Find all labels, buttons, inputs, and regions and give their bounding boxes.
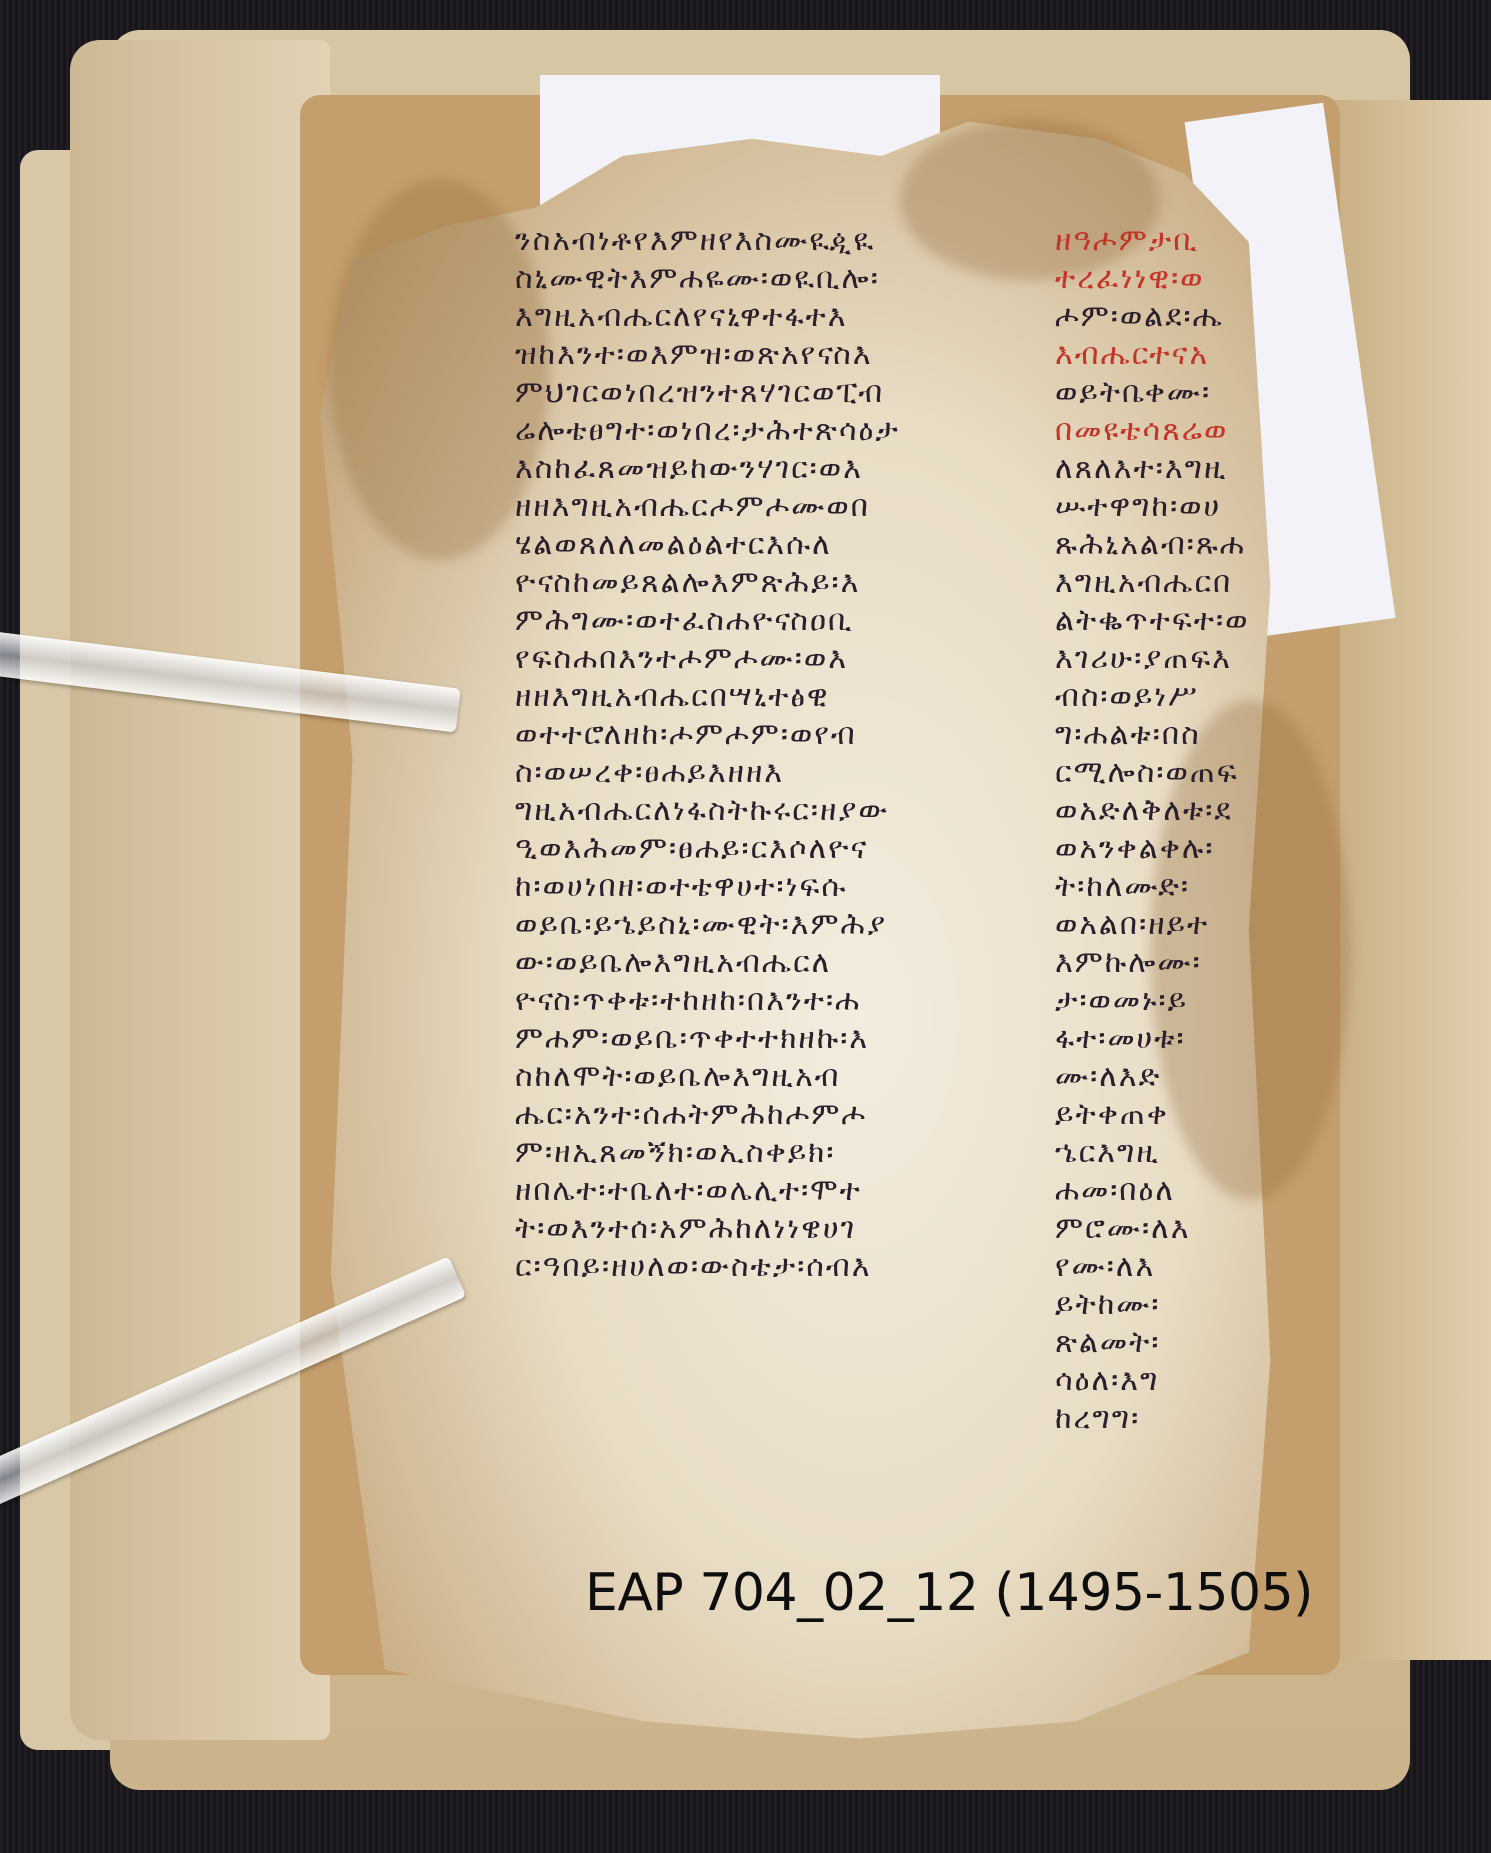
manuscript-line: ም፡ዘኢጸመኝክ፡ወኢስቀይክ፡ [515, 1134, 1015, 1172]
left-text-column: ንስአብነቶየእምዘየእስሙዪዺዪስኒሙዊትእምሐዬሙ፡ወዪቢሎ፡እግዚአብሔር… [515, 222, 1015, 1286]
manuscript-line: የፍስሐበእንተሖምሖሙ፡ወእ [515, 640, 1015, 678]
manuscript-line: ዝከእንተ፡ወእምዝ፡ወጽአየናስእ [515, 336, 1015, 374]
manuscript-line: እስከፈጸመዝይከውንሃገር፡ወእ [515, 450, 1015, 488]
manuscript-line: ወይቤ፡ይኄይስኒ፡ሙዊት፡እምሕያ [515, 906, 1015, 944]
manuscript-line: ይትከሙ፡ [1055, 1286, 1365, 1324]
manuscript-line: ወተተሮለዘከ፡ሖምሖም፡ወየብ [515, 716, 1015, 754]
manuscript-line: ጹሕኒአልብ፡ጹሐ [1055, 526, 1365, 564]
manuscript-line: ሔር፡አንተ፡ሰሐትምሕከሖምሖ [515, 1096, 1015, 1134]
manuscript-line: ት፡ወእንተሰ፡አምሕከለነነዌሀገ [515, 1210, 1015, 1248]
manuscript-line: ስ፡ወሠረቀ፡ፀሐይእዘዘእ [515, 754, 1015, 792]
manuscript-line: ዘበሌተ፡ተቤለተ፡ወሌሊተ፡ሞተ [515, 1172, 1015, 1210]
manuscript-line: ግዚአብሔርለነፋስትኩሩር፡ዘያው [515, 792, 1015, 830]
manuscript-line: እግዚአብሔርበ [1055, 564, 1365, 602]
manuscript-line: ብስ፡ወይነሥ [1055, 678, 1365, 716]
right-text-column: ዘዓሖምታቢተረፈነነዊ፡ወሖም፡ወልደ፡ሔእብሔርተናአወይትቤቀሙ፡በመዩቴ… [1055, 222, 1365, 1438]
manuscript-line: እምኩሎሙ፡ [1055, 944, 1365, 982]
manuscript-line: ሐመ፡በዕለ [1055, 1172, 1365, 1210]
manuscript-line: ስኒሙዊትእምሐዬሙ፡ወዪቢሎ፡ [515, 260, 1015, 298]
manuscript-line: ዘዓሖምታቢ [1055, 222, 1365, 260]
manuscript-line: ምህገርወነበረዝንተጸሃገርወፒብ [515, 374, 1015, 412]
manuscript-line: የሙ፡ለእ [1055, 1248, 1365, 1286]
manuscript-line: ሖም፡ወልደ፡ሔ [1055, 298, 1365, 336]
manuscript-line: ሙ፡ለእድ [1055, 1058, 1365, 1096]
manuscript-line: ግ፡ሐልቱ፡በስ [1055, 716, 1365, 754]
manuscript-line: በመዩቴሳጸሬወ [1055, 412, 1365, 450]
manuscript-line: ዘዘእግዚአብሔርበሣኒተፅዊ [515, 678, 1015, 716]
manuscript-line: ልትቈጥተፍተ፡ወ [1055, 602, 1365, 640]
manuscript-line: ፋተ፡መሀቱ፡ [1055, 1020, 1365, 1058]
manuscript-line: ጽልመት፡ [1055, 1324, 1365, 1362]
manuscript-line: ው፡ወይቤሎእግዚአብሔርለ [515, 944, 1015, 982]
manuscript-line: ወአድለቅለቱ፡ደ [1055, 792, 1365, 830]
manuscript-line: ዒወእሕመም፡ፀሐይ፡ርእሶለዮና [515, 830, 1015, 868]
manuscript-line: ኄርእግዚ [1055, 1134, 1365, 1172]
manuscript-line: ስከለሞት፡ወይቤሎእግዚአብ [515, 1058, 1015, 1096]
manuscript-line: ወአንቀልቀሉ፡ [1055, 830, 1365, 868]
image-caption: EAP 704_02_12 (1495-1505) [585, 1563, 1313, 1623]
manuscript-line: ንስአብነቶየእምዘየእስሙዪዺዪ [515, 222, 1015, 260]
manuscript-line: ከረግግ፡ [1055, 1400, 1365, 1438]
manuscript-line: ምሐም፡ወይቤ፡ጥቀተተክዘኩ፡እ [515, 1020, 1015, 1058]
manuscript-line: ምሕግሙ፡ወተፈስሐዮናስዐቢ [515, 602, 1015, 640]
manuscript-line: ት፡ከለሙድ፡ [1055, 868, 1365, 906]
manuscript-line: እብሔርተናአ [1055, 336, 1365, 374]
manuscript-line: ወይትቤቀሙ፡ [1055, 374, 1365, 412]
manuscript-line: ሄልወጸለለመልዕልተርእሱለ [515, 526, 1015, 564]
manuscript-line: ይትቀጠቀ [1055, 1096, 1365, 1134]
manuscript-line: ዮናስከመይጸልሎእምጽሕይ፡እ [515, 564, 1015, 602]
manuscript-line: ሡተዋግከ፡ወሀ [1055, 488, 1365, 526]
manuscript-line: ር፡ዓበይ፡ዘሀለወ፡ውስቴታ፡ሰብእ [515, 1248, 1015, 1286]
manuscript-line: እገሪሁ፡ያጠፍእ [1055, 640, 1365, 678]
manuscript-line: ለጸለእተ፡እግዚ [1055, 450, 1365, 488]
manuscript-line: ርሚሎስ፡ወጠፍ [1055, 754, 1365, 792]
manuscript-line: ከ፡ወሀነበዘ፡ወተቴዋሀተ፡ነፍሱ [515, 868, 1015, 906]
manuscript-line: ታ፡ወመኑ፡ይ [1055, 982, 1365, 1020]
manuscript-line: ወአልበ፡ዘይተ [1055, 906, 1365, 944]
manuscript-line: እግዚአብሔርለየናኒዋተፋተእ [515, 298, 1015, 336]
manuscript-line: ተረፈነነዊ፡ወ [1055, 260, 1365, 298]
manuscript-line: ዘዘእግዚአብሔርሖምሖሙወበ [515, 488, 1015, 526]
manuscript-line: ዮናስ፡ጥቀቱ፡ተከዘከ፡በእንተ፡ሐ [515, 982, 1015, 1020]
manuscript-line: ሳዕለ፡እግ [1055, 1362, 1365, 1400]
manuscript-line: ምሮሙ፡ለእ [1055, 1210, 1365, 1248]
manuscript-line: ሬሎቴፀግተ፡ወነበረ፡ታሕተጽሳዕታ [515, 412, 1015, 450]
manuscript-left-pages [70, 40, 330, 1740]
